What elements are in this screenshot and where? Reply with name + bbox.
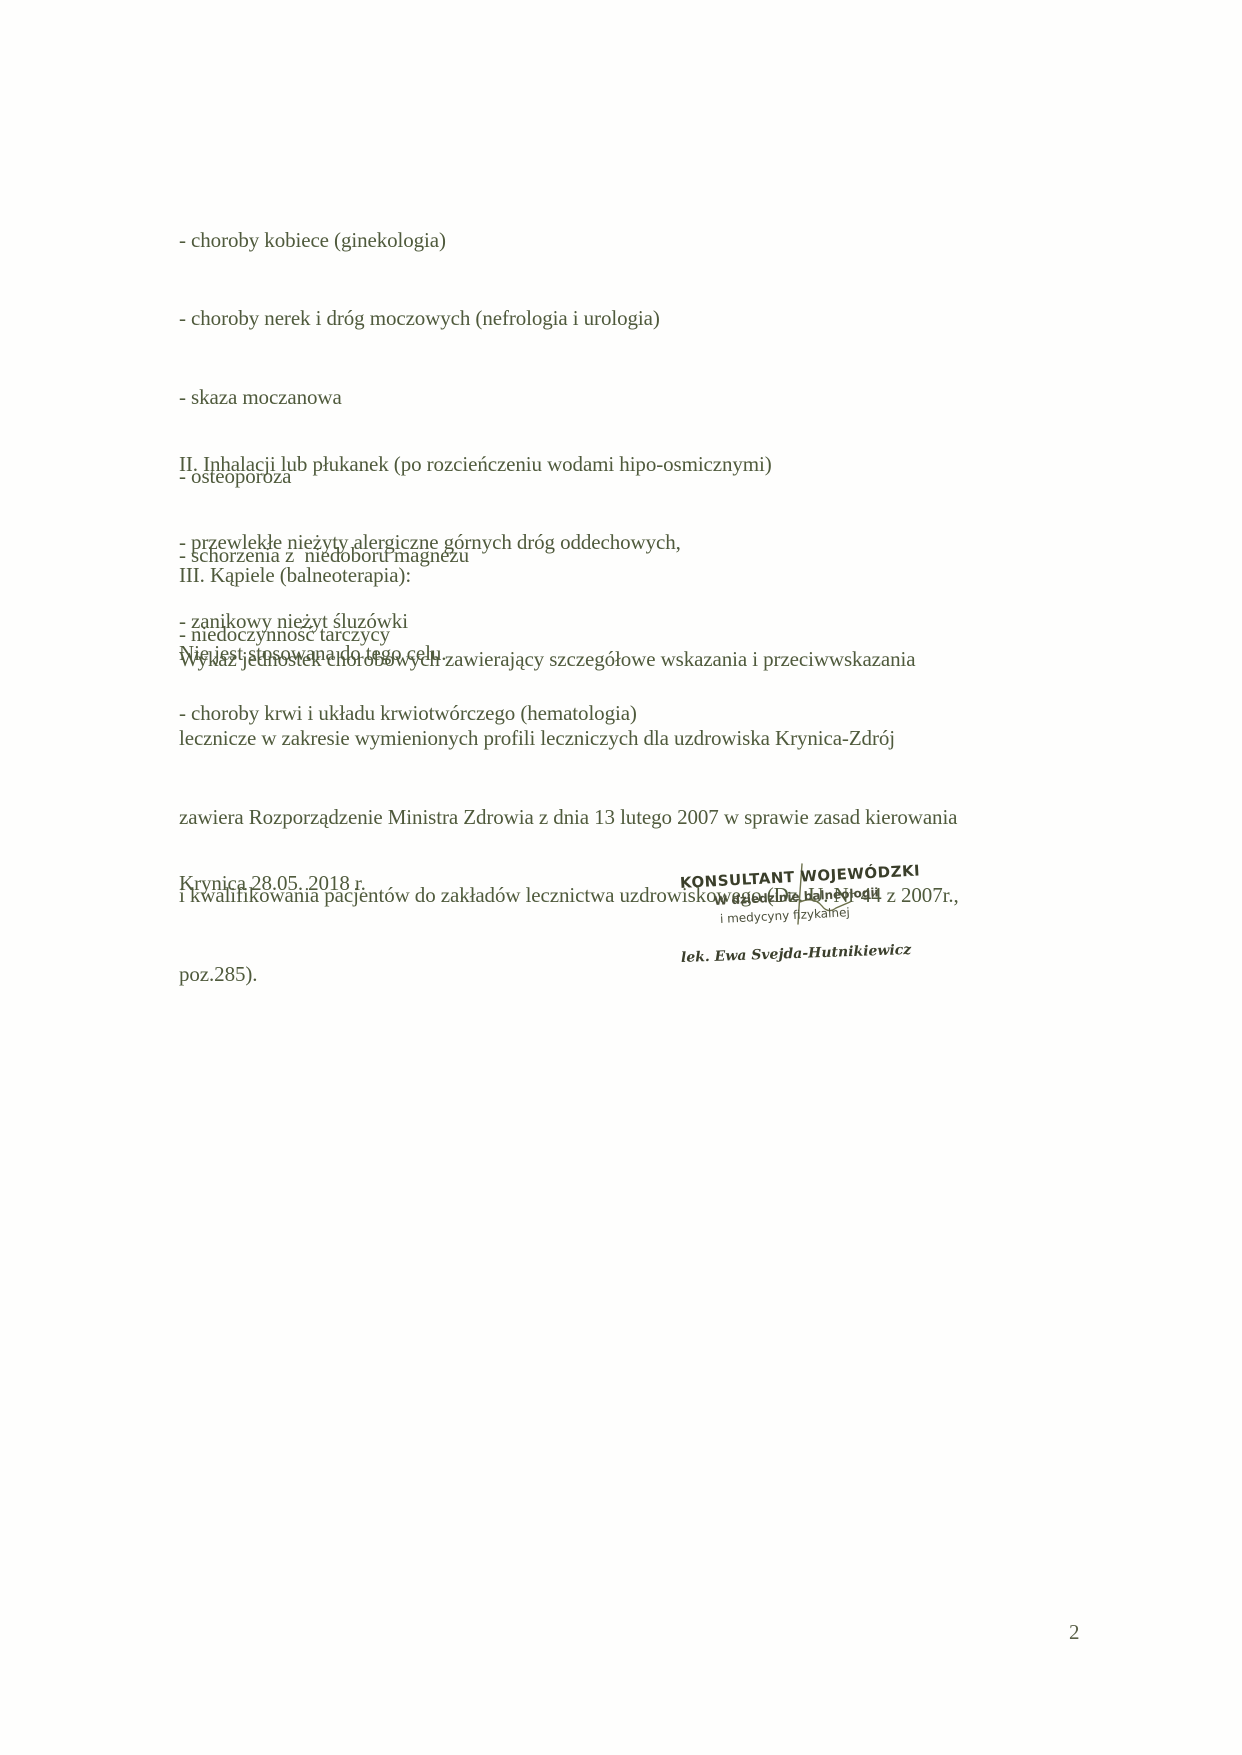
- list-item: - choroby nerek i dróg moczowych (nefrol…: [179, 305, 660, 331]
- paragraph-line: Wykaz jednostek chorobowych zawierający …: [179, 646, 959, 672]
- page-number: 2: [1069, 1620, 1080, 1645]
- consultant-stamp: KONSULTANT WOJEWÓDZKI W dziedzinie balne…: [680, 860, 970, 980]
- section-heading: III. Kąpiele (balneoterapia):: [179, 562, 446, 588]
- stamp-name: lek. Ewa Svejda-Hutnikiewicz: [681, 942, 912, 966]
- document-page: - choroby kobiece (ginekologia) - chorob…: [0, 0, 1242, 1755]
- date-line: Krynica 28.05. 2018 r.: [179, 870, 366, 896]
- paragraph-line: zawiera Rozporządzenie Ministra Zdrowia …: [179, 804, 959, 830]
- list-item: - choroby kobiece (ginekologia): [179, 227, 660, 253]
- section-heading: II. Inhalacji lub płukanek (po rozcieńcz…: [179, 451, 772, 477]
- paragraph-line: lecznicze w zakresie wymienionych profil…: [179, 725, 959, 751]
